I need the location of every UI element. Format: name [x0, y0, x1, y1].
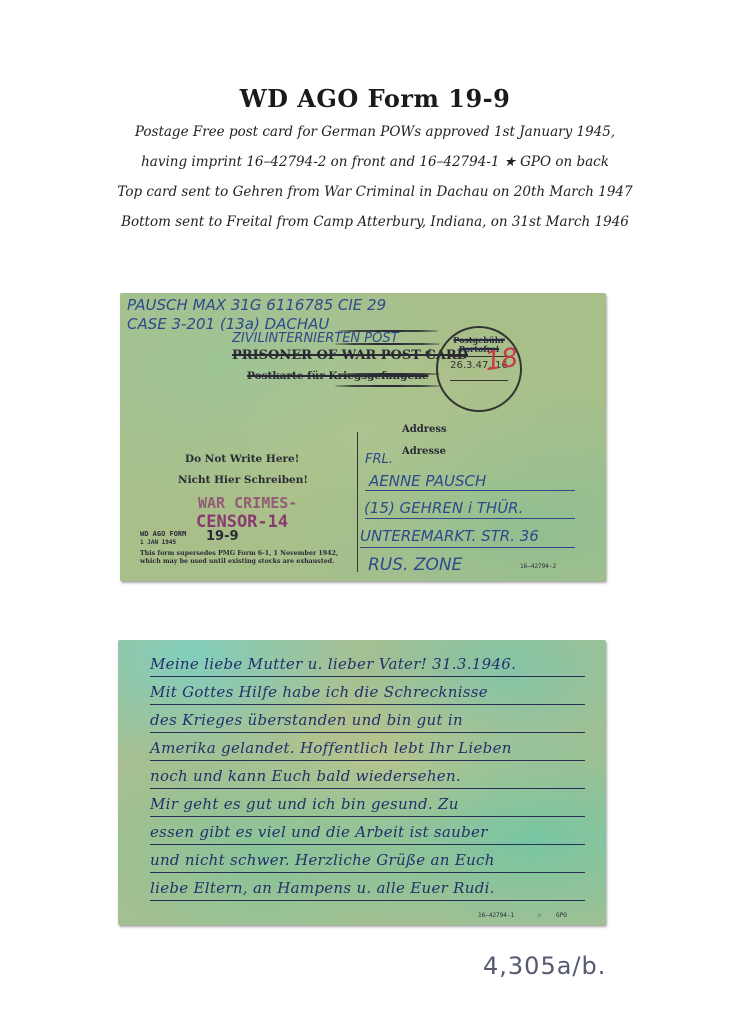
cancel-line [335, 385, 440, 387]
adresse-label: Adresse [402, 446, 446, 457]
writing-rule [150, 900, 585, 901]
address-underline [360, 547, 575, 548]
letter-line: Mit Gottes Hilfe habe ich die Schrecknis… [150, 683, 488, 701]
postmark-line [450, 380, 508, 381]
writing-rule [150, 732, 585, 733]
sender-line: PAUSCH MAX 31G 6116785 CIE 29 [127, 296, 386, 314]
writing-rule [150, 704, 585, 705]
form-label-top: WD AGO FORM [140, 530, 186, 538]
printed-subtitle: Postkarte für Kriegsgefangene [247, 370, 428, 382]
description-line: having imprint 16–42794-2 on front and 1… [0, 154, 750, 170]
front-imprint: 16—42794-2 [520, 563, 556, 570]
address-line: RUS. ZONE [368, 555, 462, 575]
printed-title: PRISONER OF WAR POST CARD [232, 348, 468, 363]
description-line: Postage Free post card for German POWs a… [0, 124, 750, 140]
address-line: AENNE PAUSCH [369, 472, 486, 490]
address-line: (15) GEHREN i THÜR. [364, 499, 523, 517]
address-underline [365, 490, 575, 491]
letter-line: Meine liebe Mutter u. lieber Vater! 31.3… [150, 655, 516, 673]
letter-line: und nicht schwer. Herzliche Grüße an Euc… [150, 851, 495, 869]
supersedes-note: This form supersedes PMG Form 6-1, 1 Nov… [140, 550, 338, 557]
catalog-number: 4,305a/b. [483, 952, 606, 980]
postmark-letter: d [425, 348, 431, 359]
writing-rule [150, 788, 585, 789]
writing-rule [150, 676, 585, 677]
card-divider [357, 432, 358, 572]
cancel-line [335, 343, 440, 345]
writing-rule [150, 844, 585, 845]
letter-line: Amerika gelandet. Hoffentlich lebt Ihr L… [150, 739, 512, 757]
red-censor-mark: 18 [483, 343, 520, 377]
star-icon: ☆ [537, 910, 542, 919]
nicht-schreiben-label: Nicht Hier Schreiben! [178, 474, 308, 486]
writing-rule [150, 816, 585, 817]
address-line: UNTEREMARKT. STR. 36 [360, 527, 539, 545]
letter-line: liebe Eltern, an Hampens u. alle Euer Ru… [150, 879, 495, 897]
censor-stamp-line: WAR CRIMES- [198, 494, 297, 512]
description-line: Bottom sent to Freital from Camp Atterbu… [0, 214, 750, 230]
letter-line: Mir geht es gut und ich bin gesund. Zu [150, 795, 459, 813]
supersedes-note: which may be used until existing stocks … [140, 558, 334, 565]
form-label-date: 1 JAN 1945 [140, 539, 176, 546]
back-imprint: 16—42794-1 [478, 912, 514, 919]
description-line: Top card sent to Gehren from War Crimina… [0, 184, 750, 200]
page-title: WD AGO Form 19-9 [0, 84, 750, 113]
address-line: FRL. [365, 452, 393, 467]
cancel-line [338, 330, 438, 332]
address-label: Address [402, 424, 447, 435]
letter-line: des Krieges überstanden und bin gut in [150, 711, 463, 729]
letter-line: essen gibt es viel und die Arbeit ist sa… [150, 823, 488, 841]
do-not-write-label: Do Not Write Here! [185, 453, 299, 465]
form-number: 19-9 [206, 529, 239, 544]
letter-line: noch und kann Euch bald wiedersehen. [150, 767, 461, 785]
writing-rule [150, 872, 585, 873]
address-underline [365, 518, 575, 519]
gpo-imprint: GPO [556, 912, 567, 919]
writing-rule [150, 760, 585, 761]
